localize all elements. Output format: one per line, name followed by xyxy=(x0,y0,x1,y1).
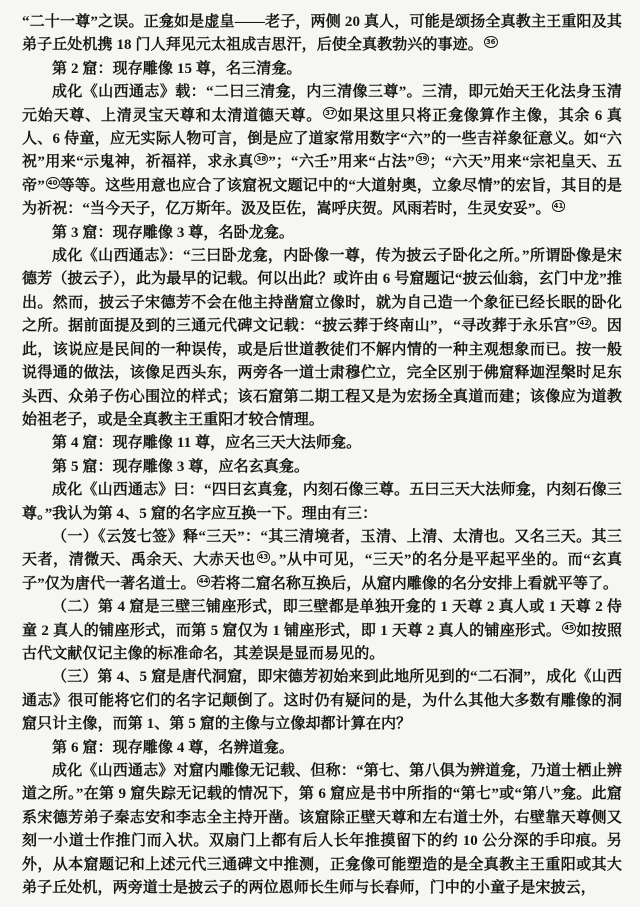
paragraph: （一）《云笈七签》释“三天”：“其三清境者，玉清、上清、太清也。又名三天。其三天… xyxy=(22,526,622,596)
footnote-marker: 44 xyxy=(197,575,211,587)
paragraph: 成化《山西通志》载：“二曰三清龛，内三清像三尊”。三清，即元始天王化法身玉清元始… xyxy=(22,81,622,221)
footnote-marker: 39 xyxy=(416,153,430,165)
paragraph: “二十一尊”之误。正龛如是虚皇——老子，两侧 20 真人，可能是颂扬全真教主王重… xyxy=(22,11,622,58)
footnote-marker: 42 xyxy=(577,317,591,329)
paragraph: 第 6 窟：现存雕像 4 尊，名辨道龛。 xyxy=(22,737,622,760)
paragraph: 第 2 窟：现存雕像 15 尊，名三清龛。 xyxy=(22,58,622,81)
paragraph: （三）第 4、5 窟是唐代洞窟，即宋德芳初始来到此地所见到的“二石洞”，成化《山… xyxy=(22,666,622,736)
paragraph: （二）第 4 窟是三壁三铺座形式，即三壁都是单独开龛的 1 天尊 2 真人或 1… xyxy=(22,596,622,666)
footnote-marker: 41 xyxy=(552,200,566,212)
paragraph: 成化《山西通志》对窟内雕像无记载、但称：“第七、第八俱为辨道龛，乃道士栖止辨道之… xyxy=(22,760,622,900)
footnote-marker: 43 xyxy=(257,551,271,563)
page-text: “二十一尊”之误。正龛如是虚皇——老子，两侧 20 真人，可能是颂扬全真教主王重… xyxy=(22,11,622,900)
paragraph: 第 3 窟：现存雕像 3 尊，名卧龙龛。 xyxy=(22,222,622,245)
footnote-marker: 38 xyxy=(254,153,268,165)
paragraph: 第 4 窟：现存雕像 11 尊，应名三天大法师龛。 xyxy=(22,432,622,455)
footnote-marker: 45 xyxy=(562,622,576,634)
footnote-marker: 37 xyxy=(323,107,337,119)
paragraph: 第 5 窟：现存雕像 3 尊，应名玄真龛。 xyxy=(22,456,622,479)
footnote-marker: 36 xyxy=(484,36,498,48)
paragraph: 成化《山西通志》曰：“四曰玄真龛，内刻石像三尊。五曰三天大法师龛，内刻石像三尊。… xyxy=(22,479,622,526)
footnote-marker: 40 xyxy=(46,177,60,189)
paragraph: 成化《山西通志》：“三曰卧龙龛，内卧像一尊，传为披云子卧化之所。”所谓卧像是宋德… xyxy=(22,245,622,432)
document-page: “二十一尊”之误。正龛如是虚皇——老子，两侧 20 真人，可能是颂扬全真教主王重… xyxy=(0,0,640,907)
